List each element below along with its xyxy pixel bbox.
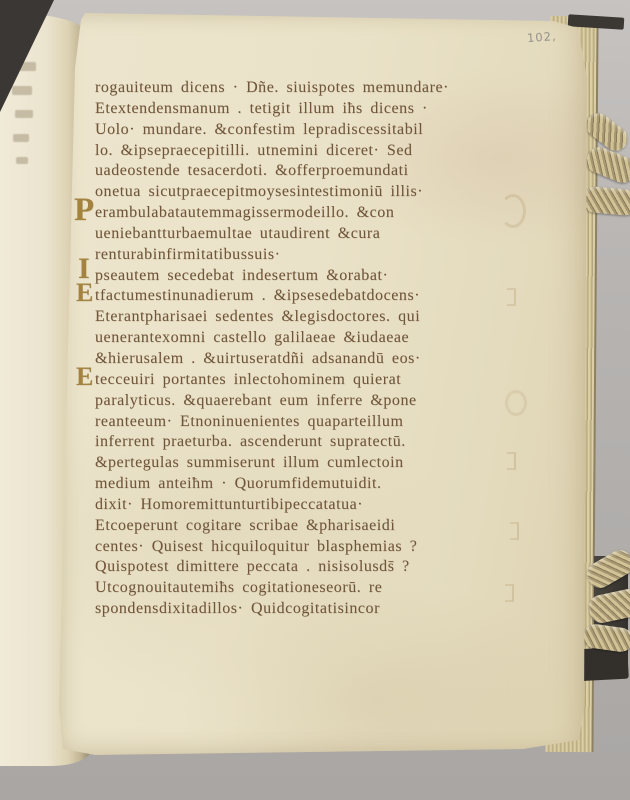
line-text: erambulabatautemmagissermodeillo. &con (95, 204, 394, 221)
text-line: rogauiteum dicens · Dñe. siuispotes memu… (95, 78, 547, 99)
text-line: &hierusalem . &uirtuseratdñi adsanandū e… (95, 349, 547, 370)
text-line: Quispotest dimittere peccata . nisisolus… (95, 557, 547, 578)
line-text: rogauiteum dicens · Dñe. siuispotes memu… (95, 79, 449, 96)
text-line: reanteeum· Etnoninuenientes quaparteillu… (95, 412, 547, 433)
line-text: dixit· Homoremittunturtibipeccatatua· (95, 496, 363, 513)
bleed-through-mark (13, 134, 29, 142)
line-text: ueniebantturbaemultae utaudirent &cura (95, 225, 380, 242)
text-line: Eterantpharisaei sedentes &legisdoctores… (95, 307, 547, 328)
line-text: Uolo· mundare. &confestim lepradiscessit… (95, 121, 423, 138)
bleed-through-mark (15, 110, 33, 118)
text-line: spondensdixitadillos· Quidcogitatisincor (95, 599, 547, 620)
text-line: Uolo· mundare. &confestim lepradiscessit… (95, 120, 547, 141)
line-text: pseautem secedebat indesertum &orabat· (95, 267, 388, 284)
line-text: reanteeum· Etnoninuenientes quaparteillu… (95, 413, 403, 430)
decorated-initial: P (74, 200, 95, 221)
show-through-mark (500, 194, 526, 228)
text-line: centes· Quisest hicquiloquitur blasphemi… (95, 537, 547, 558)
text-line: paralyticus. &quaerebant eum inferre &po… (95, 391, 547, 412)
text-line: lo. &ipsepraecepitilli. utnemini diceret… (95, 141, 547, 162)
line-text: Etcoeperunt cogitare scribae &pharisaeid… (95, 517, 395, 534)
line-text: tecceuiri portantes inlectohominem quier… (95, 371, 401, 388)
text-line: Etcoeperunt cogitare scribae &pharisaeid… (95, 516, 547, 537)
clasp-strap-top (582, 186, 630, 217)
text-line: onetua sicutpraecepitmoysesintestimoniū … (95, 182, 547, 203)
line-text: paralyticus. &quaerebant eum inferre &po… (95, 392, 417, 409)
text-line: Etfactumestinunadierum . &ipsesedebatdoc… (95, 286, 547, 307)
manuscript-photo: 102, luc xxxviiiimt xliiimr xxxiiiio xlv… (0, 0, 630, 800)
line-text: Quispotest dimittere peccata . nisisolus… (95, 558, 410, 575)
bleed-through-mark (16, 157, 28, 164)
folio-number: 102, (527, 29, 558, 45)
line-text: lo. &ipsepraecepitilli. utnemini diceret… (95, 142, 413, 159)
bleed-through-mark (12, 86, 32, 95)
line-text: uadeostende tesacerdoti. &offerproemunda… (95, 162, 409, 179)
line-text: &hierusalem . &uirtuseratdñi adsanandū e… (95, 350, 421, 367)
line-text: inferrent praeturba. ascenderunt suprate… (95, 433, 406, 450)
decorated-initial: E (76, 367, 94, 388)
text-line: &pertegulas summiserunt illum cumlectoin (95, 453, 547, 474)
line-text: Eterantpharisaei sedentes &legisdoctores… (95, 308, 420, 325)
text-line: renturabinfirmitatibussuis· (95, 245, 547, 266)
text-line: Etextendensmanum . tetigit illum iħs dic… (95, 99, 547, 120)
line-text: Utcognouitautemiħs cogitationeseorū. re (95, 579, 382, 596)
decorated-initial: I (78, 259, 90, 280)
manuscript-page: 102, luc xxxviiiimt xliiimr xxxiiiio xlv… (55, 8, 592, 760)
text-line: Ipseautem secedebat indesertum &orabat· (95, 266, 547, 287)
text-line: Etecceuiri portantes inlectohominem quie… (95, 370, 547, 391)
text-block: rogauiteum dicens · Dñe. siuispotes memu… (95, 78, 547, 620)
text-line: uadeostende tesacerdoti. &offerproemunda… (95, 161, 547, 182)
line-text: renturabinfirmitatibussuis· (95, 246, 280, 263)
text-line: dixit· Homoremittunturtibipeccatatua· (95, 495, 547, 516)
line-text: onetua sicutpraecepitmoysesintestimoniū … (95, 183, 423, 200)
decorated-initial: E (76, 283, 94, 304)
line-text: centes· Quisest hicquiloquitur blasphemi… (95, 538, 417, 555)
show-through-mark (505, 390, 527, 416)
text-line: Perambulabatautemmagissermodeillo. &con (95, 203, 547, 224)
line-text: spondensdixitadillos· Quidcogitatisincor (95, 600, 380, 617)
text-line: ueniebantturbaemultae utaudirent &cura (95, 224, 547, 245)
line-text: tfactumestinunadierum . &ipsesedebatdoce… (95, 287, 420, 304)
text-line: medium anteiħm · Quorumfidemutuidit. (95, 474, 547, 495)
text-line: Utcognouitautemiħs cogitationeseorū. re (95, 578, 547, 599)
text-line: uenerantexomni castello galilaeae &iudae… (95, 328, 547, 349)
line-text: Etextendensmanum . tetigit illum iħs dic… (95, 100, 428, 117)
show-through-mark (507, 288, 516, 306)
line-text: medium anteiħm · Quorumfidemutuidit. (95, 475, 382, 492)
show-through-mark (505, 584, 514, 602)
text-line: inferrent praeturba. ascenderunt suprate… (95, 432, 547, 453)
line-text: uenerantexomni castello galilaeae &iudae… (95, 329, 409, 346)
show-through-mark (507, 452, 516, 470)
show-through-mark (510, 522, 519, 540)
line-text: &pertegulas summiserunt illum cumlectoin (95, 454, 404, 471)
